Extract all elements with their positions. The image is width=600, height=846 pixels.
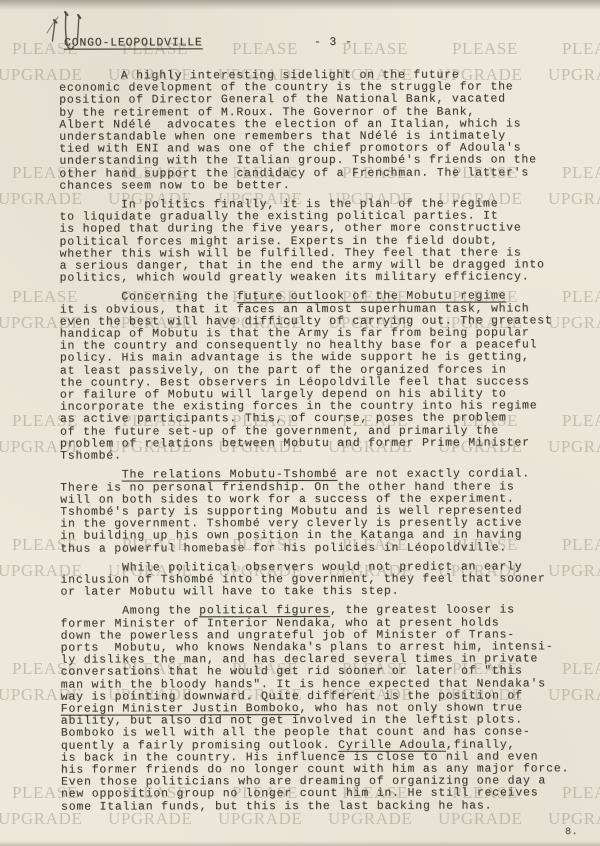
paragraph: The relations Mobutu-Tshombé are not exa… <box>60 469 600 556</box>
paragraph: Concerning the future outlook of the Mob… <box>60 291 600 463</box>
scanned-document-page: PLEASEPLEASEPLEASEPLEASEPLEASEPLEASEUPGR… <box>0 0 600 846</box>
page-title: CONGO-LEOPOLDVILLE <box>64 36 203 49</box>
typescript-layer: CONGO-LEOPOLDVILLE - 3 - A highly intere… <box>0 0 600 846</box>
page-number: - 3 - <box>314 36 353 49</box>
paragraph: While political observers would not pred… <box>60 561 600 599</box>
paragraph: Among the political figures, the greates… <box>60 605 600 814</box>
document-header: CONGO-LEOPOLDVILLE - 3 - <box>0 35 599 53</box>
paragraph: A highly interesting sidelight on the fu… <box>59 69 599 192</box>
paragraph: In politics finally, it is the plan of t… <box>59 198 599 285</box>
document-body: A highly interesting sidelight on the fu… <box>59 69 600 820</box>
